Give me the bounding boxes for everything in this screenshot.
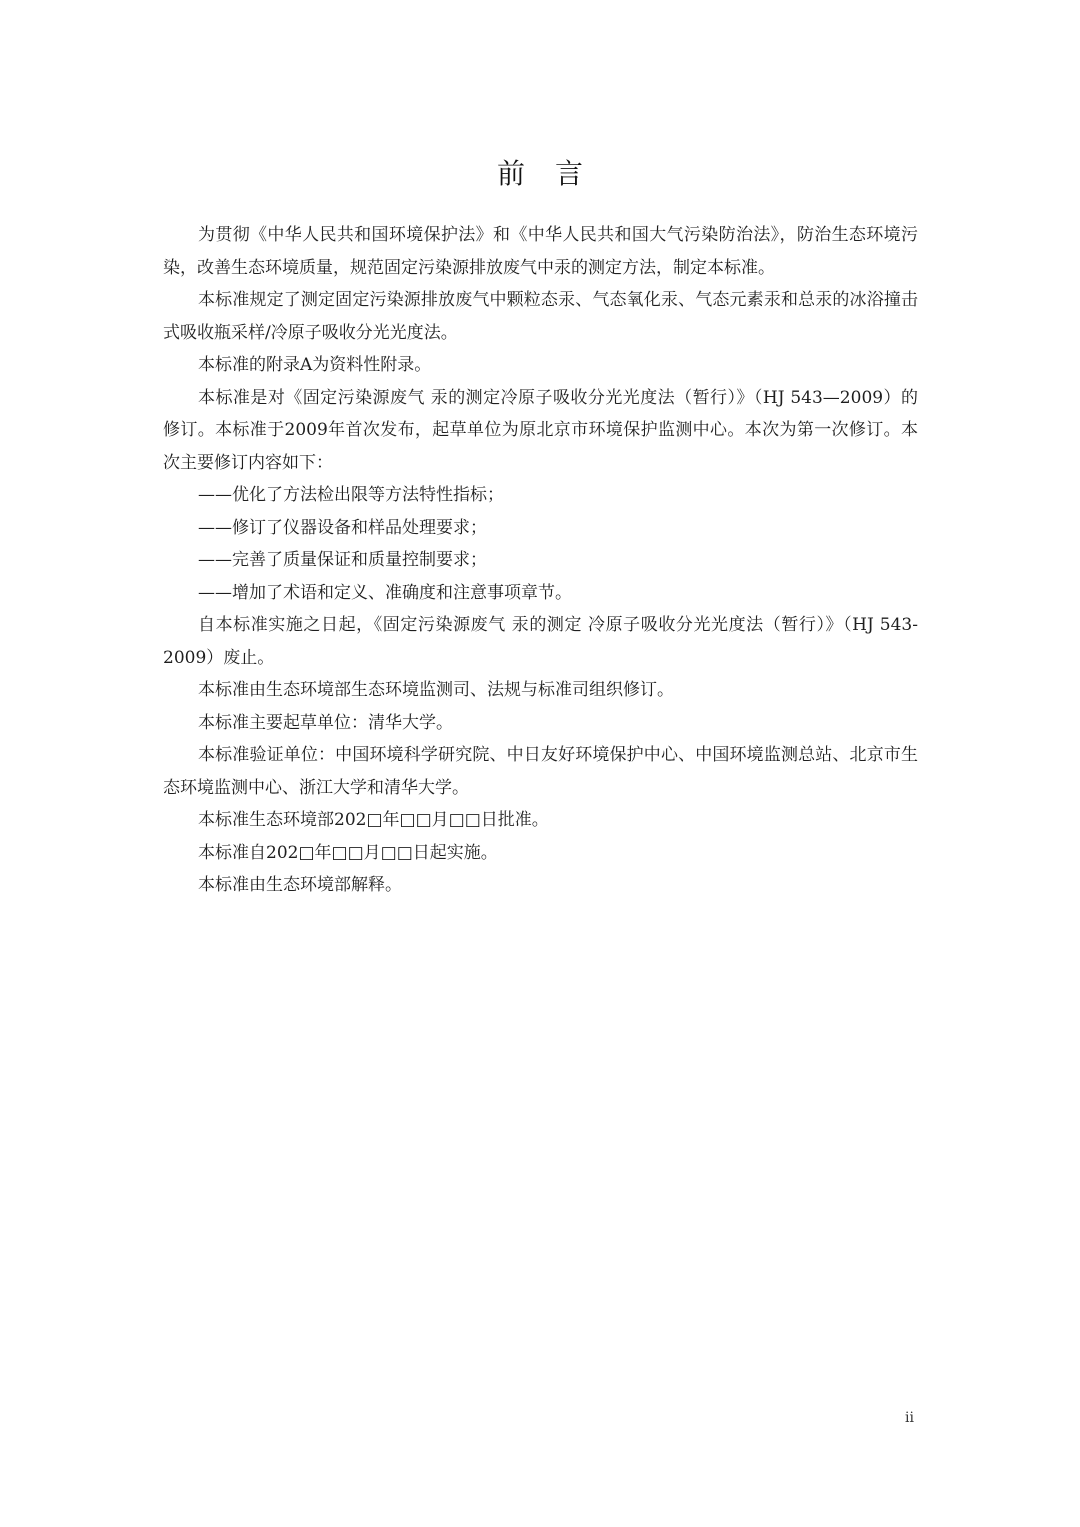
paragraph-interpretation: 本标准由生态环境部解释。 xyxy=(163,869,918,902)
paragraph-revision: 本标准是对《固定污染源废气 汞的测定冷原子吸收分光光度法（暂行）》（HJ 543… xyxy=(163,382,918,480)
revision-item: ——优化了方法检出限等方法特性指标； xyxy=(163,479,918,512)
page-title: 前言 xyxy=(0,152,1080,196)
foreword-body: 为贯彻《中华人民共和国环境保护法》和《中华人民共和国大气污染防治法》，防治生态环… xyxy=(163,219,918,902)
revision-item: ——修订了仪器设备和样品处理要求； xyxy=(163,512,918,545)
paragraph-supersede: 自本标准实施之日起，《固定污染源废气 汞的测定 冷原子吸收分光光度法（暂行）》（… xyxy=(163,609,918,674)
paragraph-organizer: 本标准由生态环境部生态环境监测司、法规与标准司组织修订。 xyxy=(163,674,918,707)
paragraph-purpose: 为贯彻《中华人民共和国环境保护法》和《中华人民共和国大气污染防治法》，防治生态环… xyxy=(163,219,918,284)
paragraph-approval: 本标准生态环境部202□年□□月□□日批准。 xyxy=(163,804,918,837)
paragraph-appendix: 本标准的附录A为资料性附录。 xyxy=(163,349,918,382)
paragraph-scope: 本标准规定了测定固定污染源排放废气中颗粒态汞、气态氧化汞、气态元素汞和总汞的冰浴… xyxy=(163,284,918,349)
revision-item: ——完善了质量保证和质量控制要求； xyxy=(163,544,918,577)
document-page: 前言 为贯彻《中华人民共和国环境保护法》和《中华人民共和国大气污染防治法》，防治… xyxy=(0,0,1080,1527)
paragraph-verifiers: 本标准验证单位：中国环境科学研究院、中日友好环境保护中心、中国环境监测总站、北京… xyxy=(163,739,918,804)
paragraph-effective-date: 本标准自202□年□□月□□日起实施。 xyxy=(163,837,918,870)
page-number: ii xyxy=(905,1410,914,1426)
revision-item: ——增加了术语和定义、准确度和注意事项章节。 xyxy=(163,577,918,610)
paragraph-drafter: 本标准主要起草单位：清华大学。 xyxy=(163,707,918,740)
